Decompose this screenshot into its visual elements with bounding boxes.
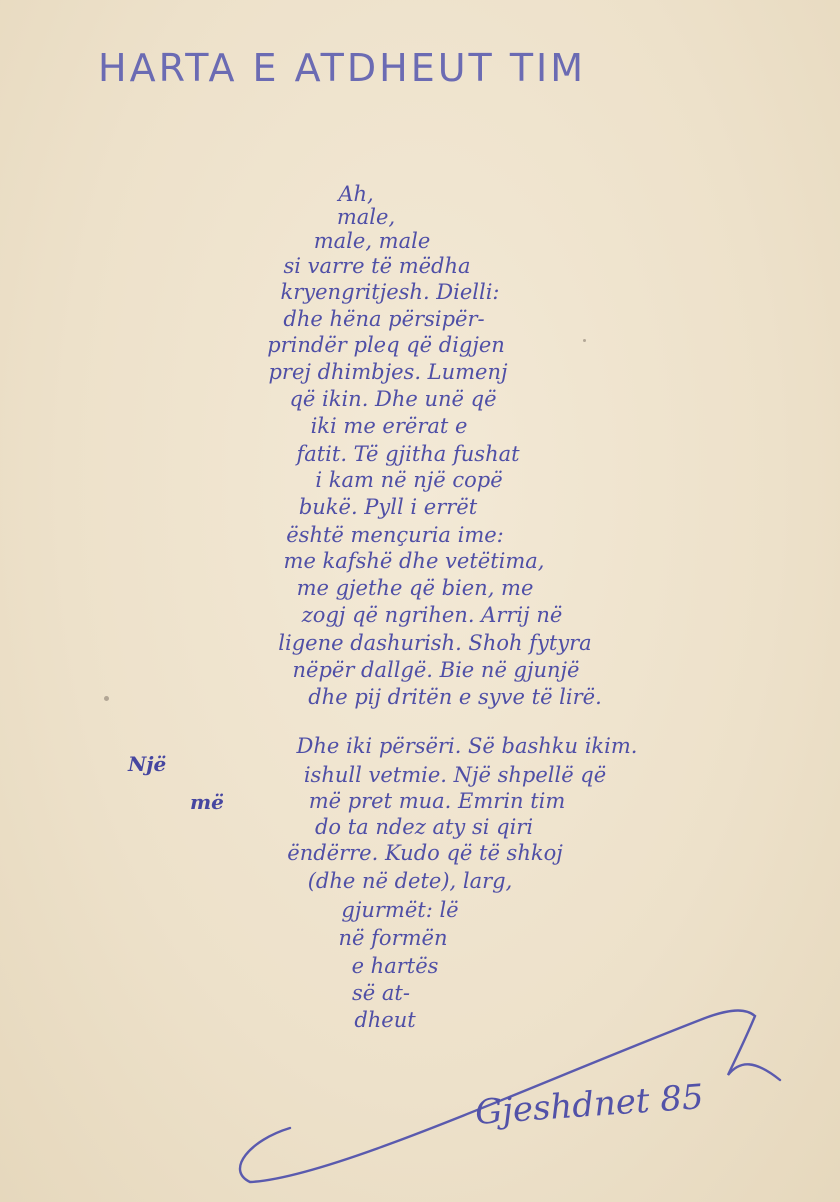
paper-speck: [104, 696, 109, 701]
signature-flourish-icon: [0, 0, 840, 1202]
paper-speck: [583, 339, 586, 342]
